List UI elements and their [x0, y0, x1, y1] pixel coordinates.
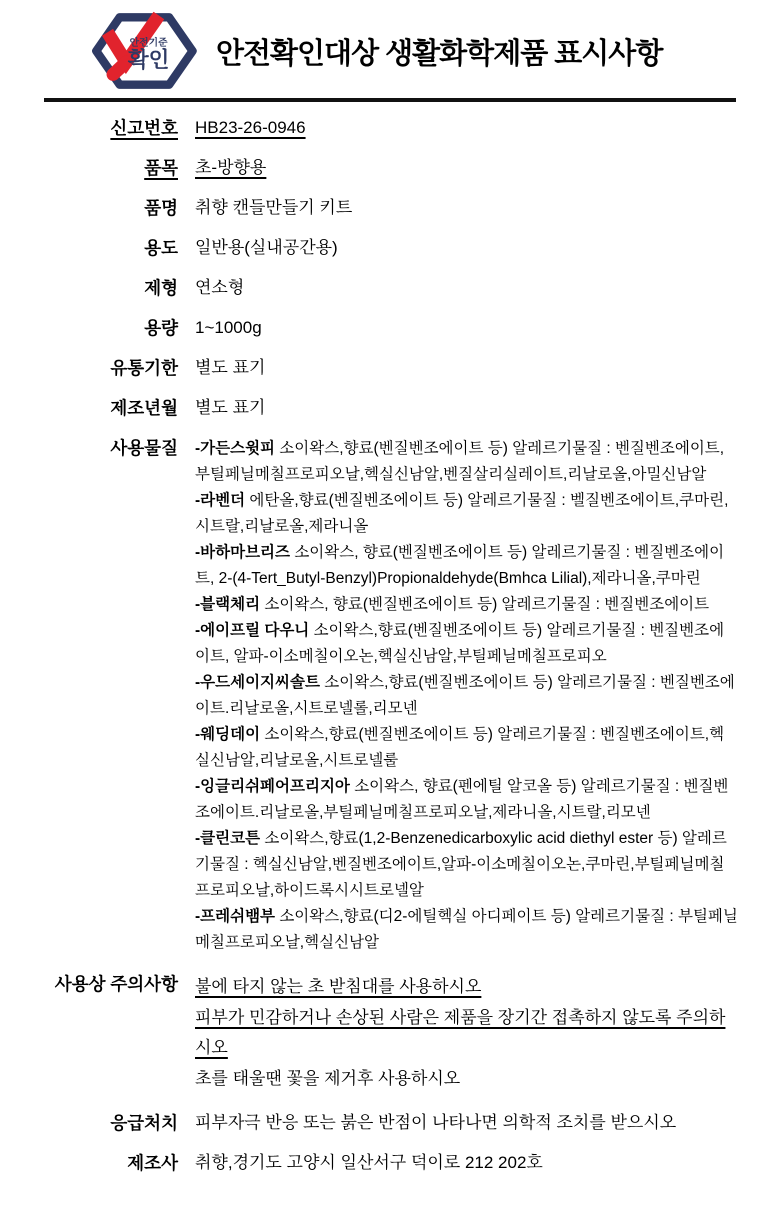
field-value-product-name: 취향 캔들만들기 키트	[195, 196, 352, 220]
field-row-shelf-life: 유통기한별도 표기	[30, 356, 738, 380]
fields-section: 신고번호HB23-26-0946품목초-방향용품명취향 캔들만들기 키트용도일반…	[30, 116, 738, 420]
material-name: -가든스윗피	[195, 440, 275, 457]
manufacturer-section: 제조사 취향,경기도 고양시 일산서구 덕이로 212 202호	[30, 1151, 738, 1175]
material-item: -웨딩데이 소이왁스,향료(벤질벤조에이트 등) 알레르기물질 : 벤질벤조에이…	[195, 722, 738, 774]
precaution-line: 피부가 민감하거나 손상된 사람은 제품을 장기간 접촉하지 않도록 주의하시오	[195, 1003, 738, 1063]
logo-text-large: 확인	[127, 47, 170, 72]
precautions-list: 불에 타지 않는 초 받침대를 사용하시오피부가 민감하거나 손상된 사람은 제…	[195, 972, 738, 1095]
material-name: -우드세이지씨솔트	[195, 674, 320, 691]
material-item: -라벤더 에탄올,향료(벤질벤조에이트 등) 알레르기물질 : 벨질벤조에이트,…	[195, 488, 738, 540]
field-row-product-name: 품명취향 캔들만들기 키트	[30, 196, 738, 220]
precautions-section: 사용상 주의사항 불에 타지 않는 초 받침대를 사용하시오피부가 민감하거나 …	[30, 972, 738, 1095]
field-label-item-category: 품목	[30, 156, 178, 180]
field-value-report-number: HB23-26-0946	[195, 116, 306, 140]
field-label-capacity: 용량	[30, 316, 178, 340]
material-item: -바하마브리즈 소이왁스, 향료(벤질벤조에이트 등) 알레르기물질 : 벤질벤…	[195, 540, 738, 592]
field-label-first-aid: 응급처치	[30, 1111, 178, 1135]
logo-checkmark-tail	[113, 62, 126, 74]
field-label-precautions: 사용상 주의사항	[30, 972, 178, 996]
material-name: -웨딩데이	[195, 726, 260, 743]
field-label-usage: 용도	[30, 236, 178, 260]
material-name: -에이프릴 다우니	[195, 622, 309, 639]
field-value-item-category: 초-방향용	[195, 156, 266, 180]
logo-text-small: 안전기준	[130, 35, 168, 48]
field-value-capacity: 1~1000g	[195, 316, 262, 340]
material-item: -클린코튼 소이왁스,향료(1,2-Benzenedicarboxylic ac…	[195, 826, 738, 904]
material-item: -프레쉬뱀부 소이왁스,향료(디2-에틸헥실 아디페이트 등) 알레르기물질 :…	[195, 904, 738, 956]
first-aid-section: 응급처치 피부자극 반응 또는 붉은 반점이 나타나면 의학적 조치를 받으시오	[30, 1111, 738, 1135]
field-label-report-number: 신고번호	[30, 116, 178, 140]
precaution-line: 초를 태울땐 꽃을 제거후 사용하시오	[195, 1064, 738, 1094]
material-name: -프레쉬뱀부	[195, 908, 275, 925]
field-row-form-type: 제형연소형	[30, 276, 738, 300]
document-body: 신고번호HB23-26-0946품목초-방향용품명취향 캔들만들기 키트용도일반…	[0, 102, 780, 1205]
field-row-usage: 용도일반용(실내공간용)	[30, 236, 738, 260]
materials-section: 사용물질 -가든스윗피 소이왁스,향료(벤질벤조에이트 등) 알레르기물질 : …	[30, 436, 738, 956]
field-label-manufacture-date: 제조년월	[30, 396, 178, 420]
document-page: 안전기준 확인 안전확인대상 생활화학제품 표시사항 신고번호HB23-26-0…	[0, 0, 780, 1205]
material-item: -우드세이지씨솔트 소이왁스,향료(벤질벤조에이트 등) 알레르기물질 : 벤질…	[195, 670, 738, 722]
document-header: 안전기준 확인 안전확인대상 생활화학제품 표시사항	[0, 0, 780, 94]
materials-list: -가든스윗피 소이왁스,향료(벤질벤조에이트 등) 알레르기물질 : 벤질벤조에…	[195, 436, 738, 956]
field-value-usage: 일반용(실내공간용)	[195, 236, 338, 260]
material-item: -잉글리쉬페어프리지아 소이왁스, 향료(펜에틸 알코올 등) 알레르기물질 :…	[195, 774, 738, 826]
field-row-manufacture-date: 제조년월별도 표기	[30, 396, 738, 420]
field-row-report-number: 신고번호HB23-26-0946	[30, 116, 738, 140]
material-name: -바하마브리즈	[195, 544, 290, 561]
precaution-line: 불에 타지 않는 초 받침대를 사용하시오	[195, 972, 738, 1002]
field-label-form-type: 제형	[30, 276, 178, 300]
field-label-manufacturer: 제조사	[30, 1151, 178, 1175]
material-item: -블랙체리 소이왁스, 향료(벤질벤조에이트 등) 알레르기물질 : 벤질벤조에…	[195, 592, 738, 618]
field-row-capacity: 용량1~1000g	[30, 316, 738, 340]
field-value-form-type: 연소형	[195, 276, 244, 300]
material-name: -클린코튼	[195, 830, 260, 847]
field-label-materials: 사용물질	[30, 436, 178, 460]
field-value-shelf-life: 별도 표기	[195, 356, 265, 380]
material-item: -에이프릴 다우니 소이왁스,향료(벤질벤조에이트 등) 알레르기물질 : 벤질…	[195, 618, 738, 670]
field-label-shelf-life: 유통기한	[30, 356, 178, 380]
field-value-manufacture-date: 별도 표기	[195, 396, 265, 420]
field-label-product-name: 품명	[30, 196, 178, 220]
safety-standard-confirmed-logo-icon: 안전기준 확인	[86, 8, 200, 94]
field-value-first-aid: 피부자극 반응 또는 붉은 반점이 나타나면 의학적 조치를 받으시오	[195, 1111, 676, 1135]
material-name: -블랙체리	[195, 596, 260, 613]
page-title: 안전확인대상 생활화학제품 표시사항	[216, 31, 662, 72]
material-name: -잉글리쉬페어프리지아	[195, 778, 350, 795]
field-value-manufacturer: 취향,경기도 고양시 일산서구 덕이로 212 202호	[195, 1151, 543, 1175]
material-item: -가든스윗피 소이왁스,향료(벤질벤조에이트 등) 알레르기물질 : 벤질벤조에…	[195, 436, 738, 488]
material-name: -라벤더	[195, 492, 245, 509]
field-row-item-category: 품목초-방향용	[30, 156, 738, 180]
